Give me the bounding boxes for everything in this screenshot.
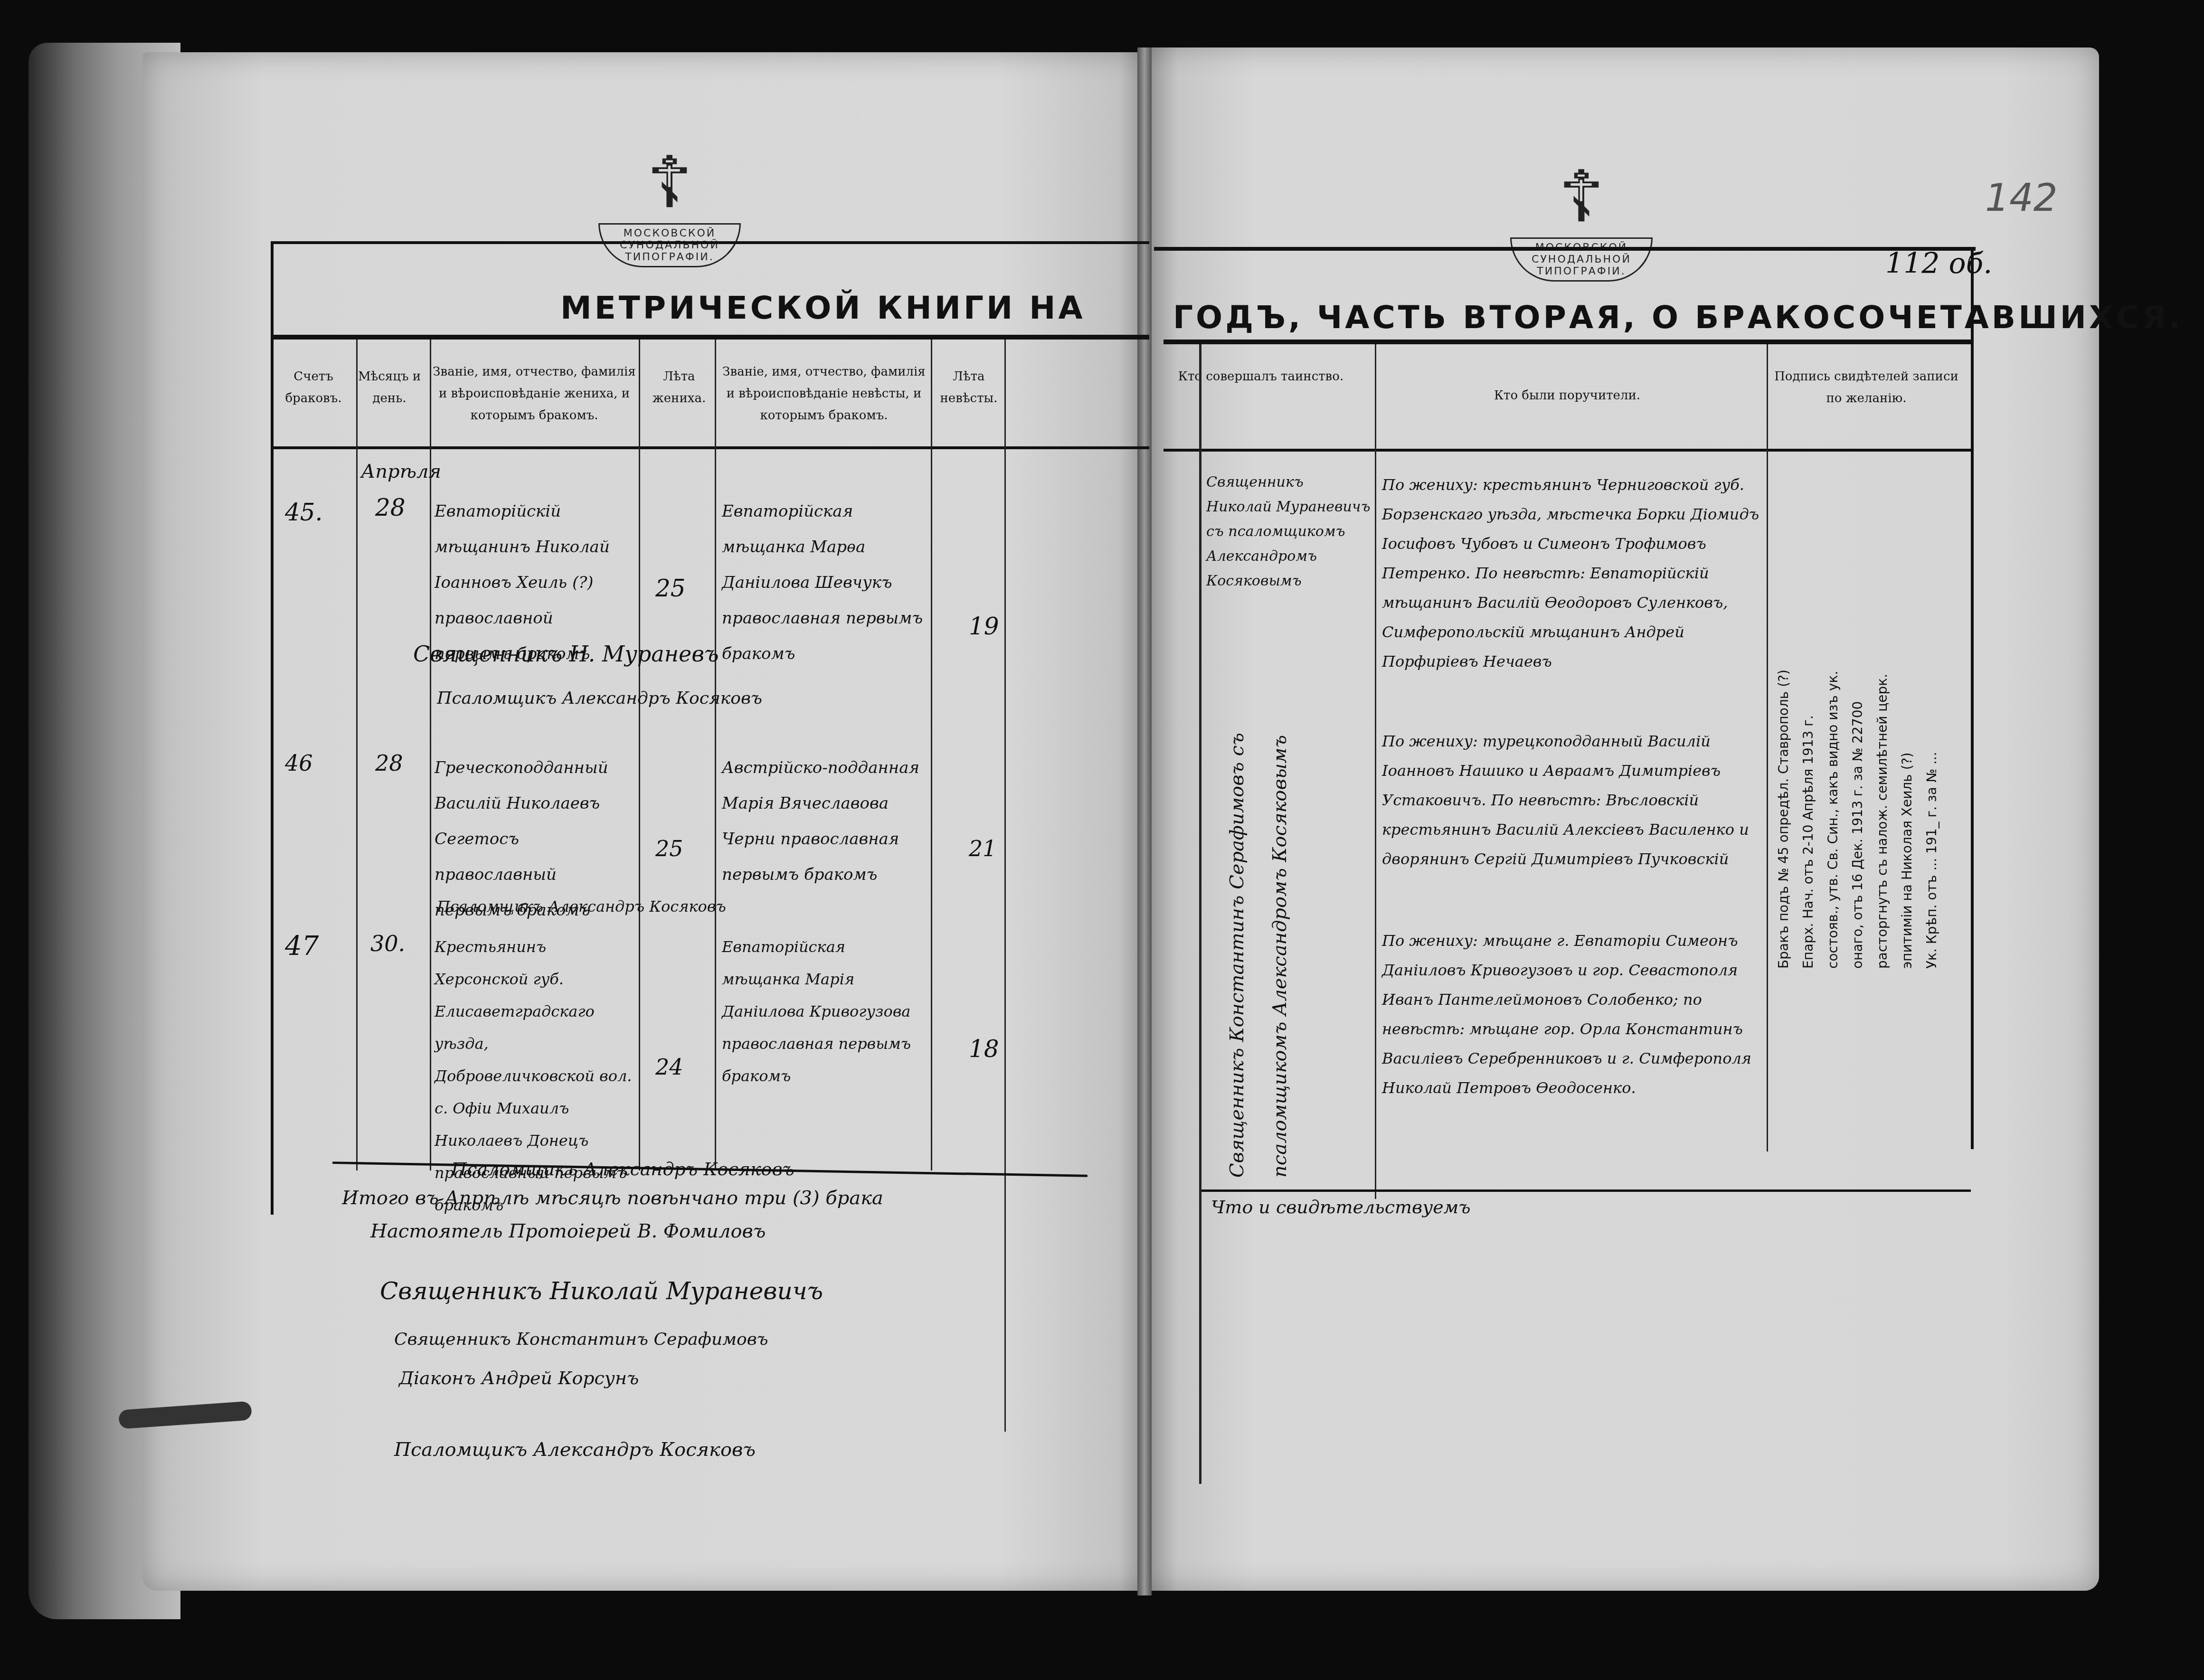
entry-46-number: 46 [285,750,313,776]
entry-46-bride-age: 21 [969,836,997,861]
stamp-line: Бракъ подъ № 45 опредѣл. Ставрополь (?) [1771,399,1796,969]
double-headed-eagle-icon: ☦ [598,142,741,223]
col-divider [1375,344,1376,1199]
frame-right-line [1971,247,1974,1149]
signature-priest-2: Священникъ Константинъ Серафимовъ [394,1330,768,1349]
header-groom: Званіе, имя, отчество, фамилія и вѣроисп… [430,361,639,426]
coat-of-arms-right: ☦ МОСКОВСКОЙ СУНОДАЛЬНОЙ ТИПОГРАФІИ. [1510,157,1653,280]
col-divider [356,340,358,1170]
header-sureties: Кто были поручители. [1372,385,1762,406]
header-bride: Званіе, имя, отчество, фамилія и вѣроисп… [719,361,928,426]
entry-45-groom-age: 25 [655,575,686,602]
header-rule-left [271,446,1149,449]
entry-47-psalmist-note: Псаломщикъ Александръ Косяковъ [437,897,726,916]
entry-46-sureties: По жениху: турецкоподданный Василій Іоан… [1382,727,1762,874]
col-divider [639,340,640,1170]
frame-top-line-left [271,241,1149,244]
entry-45-day: 28 [375,494,406,521]
entry-47-number: 47 [285,931,319,962]
entry-45-number: 45. [285,499,323,526]
entry-46-groom-age: 25 [655,836,683,861]
signature-psalmist: Псаломщикъ Александръ Косяковъ [394,1439,756,1461]
entry-47-bride-age: 18 [969,1035,999,1063]
divorce-annotation-stamp: Бракъ подъ № 45 опредѣл. Ставрополь (?) … [1771,399,1944,969]
entry-45-sureties: По жениху: крестьянинъ Черниговской губ.… [1382,470,1762,676]
stamp-line: онаго, отъ 16 Дек. 1913 г. за № 22700 [1845,399,1870,969]
signature-deacon: Діаконъ Андрей Корсунъ [399,1368,639,1388]
entry-47-bride: Евпаторійская мѣщанка Марія Даніилова Кр… [722,931,926,1092]
entry-47-day: 30. [370,931,405,956]
stamp-line: состояв., утв. Св. Син., какъ видно изъ … [1821,399,1845,969]
folio-number: 112 об. [1885,247,1992,280]
summary-rule-right [1201,1189,1971,1192]
left-page [142,52,1149,1591]
book-gutter [1137,47,1152,1595]
entry-47-officiant: Священникъ Константинъ Серафимовъ съ пса… [1216,703,1301,1178]
coat-of-arms-left: ☦ МОСКОВСКОЙ СУНОДАЛЬНОЙ ТИПОГРАФІИ. [598,142,741,266]
col-divider [1767,344,1768,1151]
header-groom-age: Лѣта жениха. [646,366,712,409]
title-rule-right [1163,340,1971,344]
printer-ribbon-right: МОСКОВСКОЙ СУНОДАЛЬНОЙ ТИПОГРАФІИ. [1510,237,1653,282]
col-divider [1004,340,1006,1432]
summary-total: Итого въ Апрѣлѣ мѣсяцѣ повѣнчано три (3)… [342,1187,883,1209]
stamp-line: Ук. Крѣп. отъ ... 191_ г. за № ... [1920,399,1944,969]
header-marriage-count: Счетъ браковъ. [275,366,351,409]
signature-rector: Настоятель Протоіерей В. Фомиловъ [370,1220,766,1242]
entry-47-groom-age: 24 [655,1054,683,1080]
entry-45-priest-signature: Священникъ Н. Мураневъ [413,641,719,667]
title-left: МЕТРИЧЕСКОЙ КНИГИ НА [560,290,1086,326]
signature-priest-1: Священникъ Николай Мураневичъ [380,1277,823,1305]
title-rule-left [271,335,1149,340]
title-right: ГОДЪ, ЧАСТЬ ВТОРАЯ, О БРАКОСОЧЕТАВШИХСЯ. [1173,299,2184,336]
summary-attestation: Что и свидѣтельствуемъ [1211,1197,1471,1218]
header-bride-age: Лѣта невѣсты. [933,366,1004,409]
entry-47-sureties: По жениху: мѣщане г. Евпаторіи Симеонъ Д… [1382,926,1762,1103]
entry-45-bride: Евпаторійская мѣщанка Марѳа Даніилова Ше… [722,494,926,672]
stamp-line: Епарх. Нач. отъ 2-10 Апрѣля 1913 г. [1796,399,1821,969]
frame-top-line-right [1154,247,1976,251]
entry-45-bride-age: 19 [969,613,999,640]
col-divider [931,340,932,1170]
stamp-line: расторгнутъ съ налож. семилѣтней церк. [1870,399,1895,969]
double-headed-eagle-icon: ☦ [1510,157,1653,237]
entry-46-bride: Австрійско-подданная Марія Вячеславова Ч… [722,750,926,893]
col-divider [1199,344,1201,1484]
frame-left-line [271,241,274,1215]
entry-45-month: Апрѣля [361,461,441,482]
stamp-line: эпитиміи на Николая Хеиль (?) [1895,399,1920,969]
page-number-pencil: 142 [1985,176,2058,220]
col-divider [715,340,716,1170]
header-month-day: Мѣсяцъ и день. [354,366,425,409]
entry-45-psalmist-signature: Псаломщикъ Александръ Косяковъ [437,689,762,708]
entry-46-day: 28 [375,750,403,776]
entry-45-officiant: Священникъ Николай Мураневичъ съ псаломщ… [1206,470,1372,594]
printer-ribbon-left: МОСКОВСКОЙ СУНОДАЛЬНОЙ ТИПОГРАФІИ. [598,223,741,267]
